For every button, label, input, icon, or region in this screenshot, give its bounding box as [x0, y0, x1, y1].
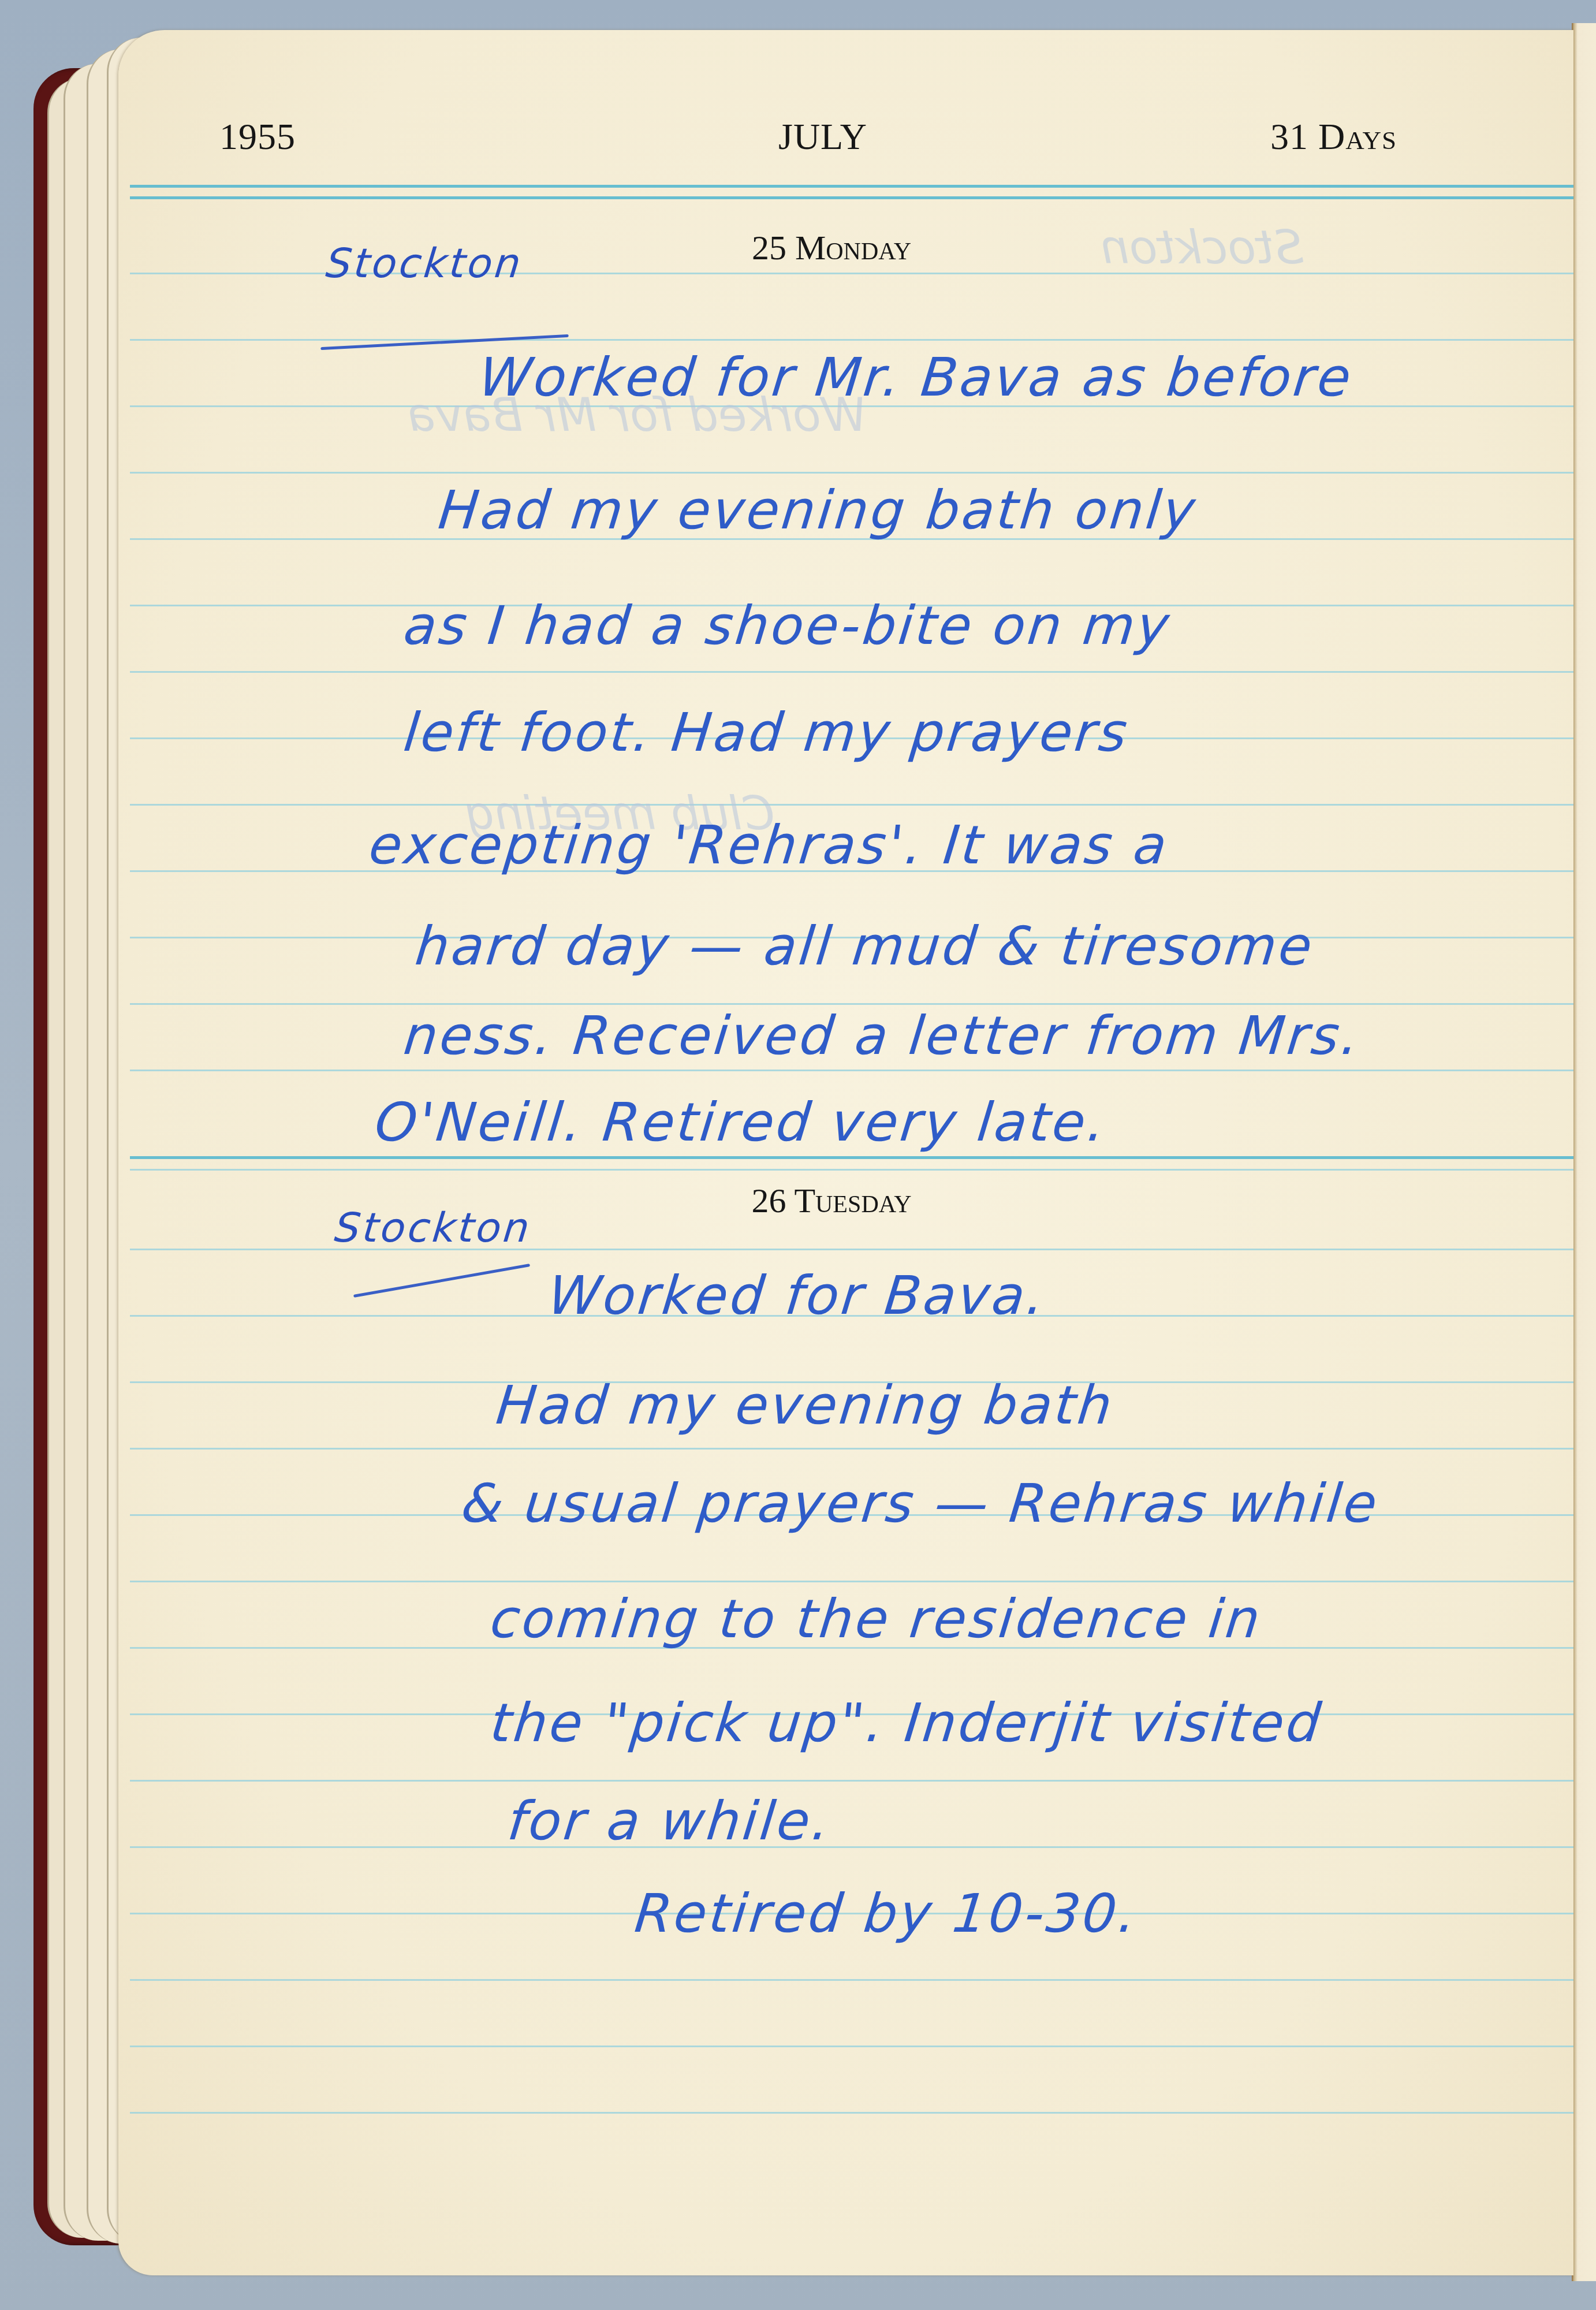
entry-line: ness. Received a letter from Mrs.	[401, 1005, 1364, 1067]
header-year: 1955	[219, 115, 296, 158]
ruled-line	[130, 1070, 1573, 1071]
entry-line: excepting 'Rehras'. It was a	[366, 814, 1172, 876]
bleed-through-text: Stockton	[1100, 221, 1303, 274]
header-rule	[130, 185, 1573, 188]
ruled-line	[130, 671, 1573, 673]
margin-note-location: Stockton	[324, 240, 525, 287]
ruled-line	[130, 2046, 1573, 2047]
entry-line: hard day — all mud & tiresome	[412, 915, 1317, 977]
entry-line: as I had a shoe-bite on my	[401, 595, 1174, 657]
day-separator-rule	[130, 1169, 1573, 1171]
binding-gutter	[1572, 23, 1596, 2281]
entry-line: coming to the residence in	[487, 1588, 1265, 1650]
ruled-line	[130, 1581, 1573, 1582]
header-rule	[130, 196, 1573, 199]
entry-line: the "pick up". Inderjit visited	[487, 1692, 1326, 1754]
ruled-line	[130, 1846, 1573, 1848]
entry-line: O'Neill. Retired very late.	[372, 1091, 1110, 1153]
entry-line: Worked for Mr. Bava as before	[476, 346, 1356, 408]
margin-note-location: Stockton	[333, 1204, 534, 1251]
entry-line: Had my evening bath only	[435, 479, 1200, 541]
header-days-count: 31 Days	[1270, 115, 1397, 158]
ruled-line	[130, 1979, 1573, 1981]
entry-line: left foot. Had my prayers	[401, 702, 1132, 763]
entry-line: for a while.	[505, 1790, 834, 1852]
ruled-line	[130, 2112, 1573, 2114]
ruled-line	[130, 804, 1573, 806]
day-heading-tuesday: 26 Tuesday	[612, 1181, 1051, 1221]
ruled-line	[130, 1448, 1573, 1450]
ruled-line	[130, 472, 1573, 474]
day-heading-monday: 25 Monday	[612, 228, 1051, 268]
entry-line: & usual prayers — Rehras while	[458, 1473, 1382, 1534]
header-month: JULY	[707, 115, 938, 158]
entry-line: Retired by 10-30.	[632, 1883, 1141, 1944]
day-separator-rule	[130, 1156, 1573, 1159]
ruled-line	[130, 339, 1573, 341]
entry-line: Had my evening bath	[493, 1374, 1117, 1436]
ruled-line	[130, 1780, 1573, 1782]
entry-line: Worked for Bava.	[545, 1265, 1049, 1327]
